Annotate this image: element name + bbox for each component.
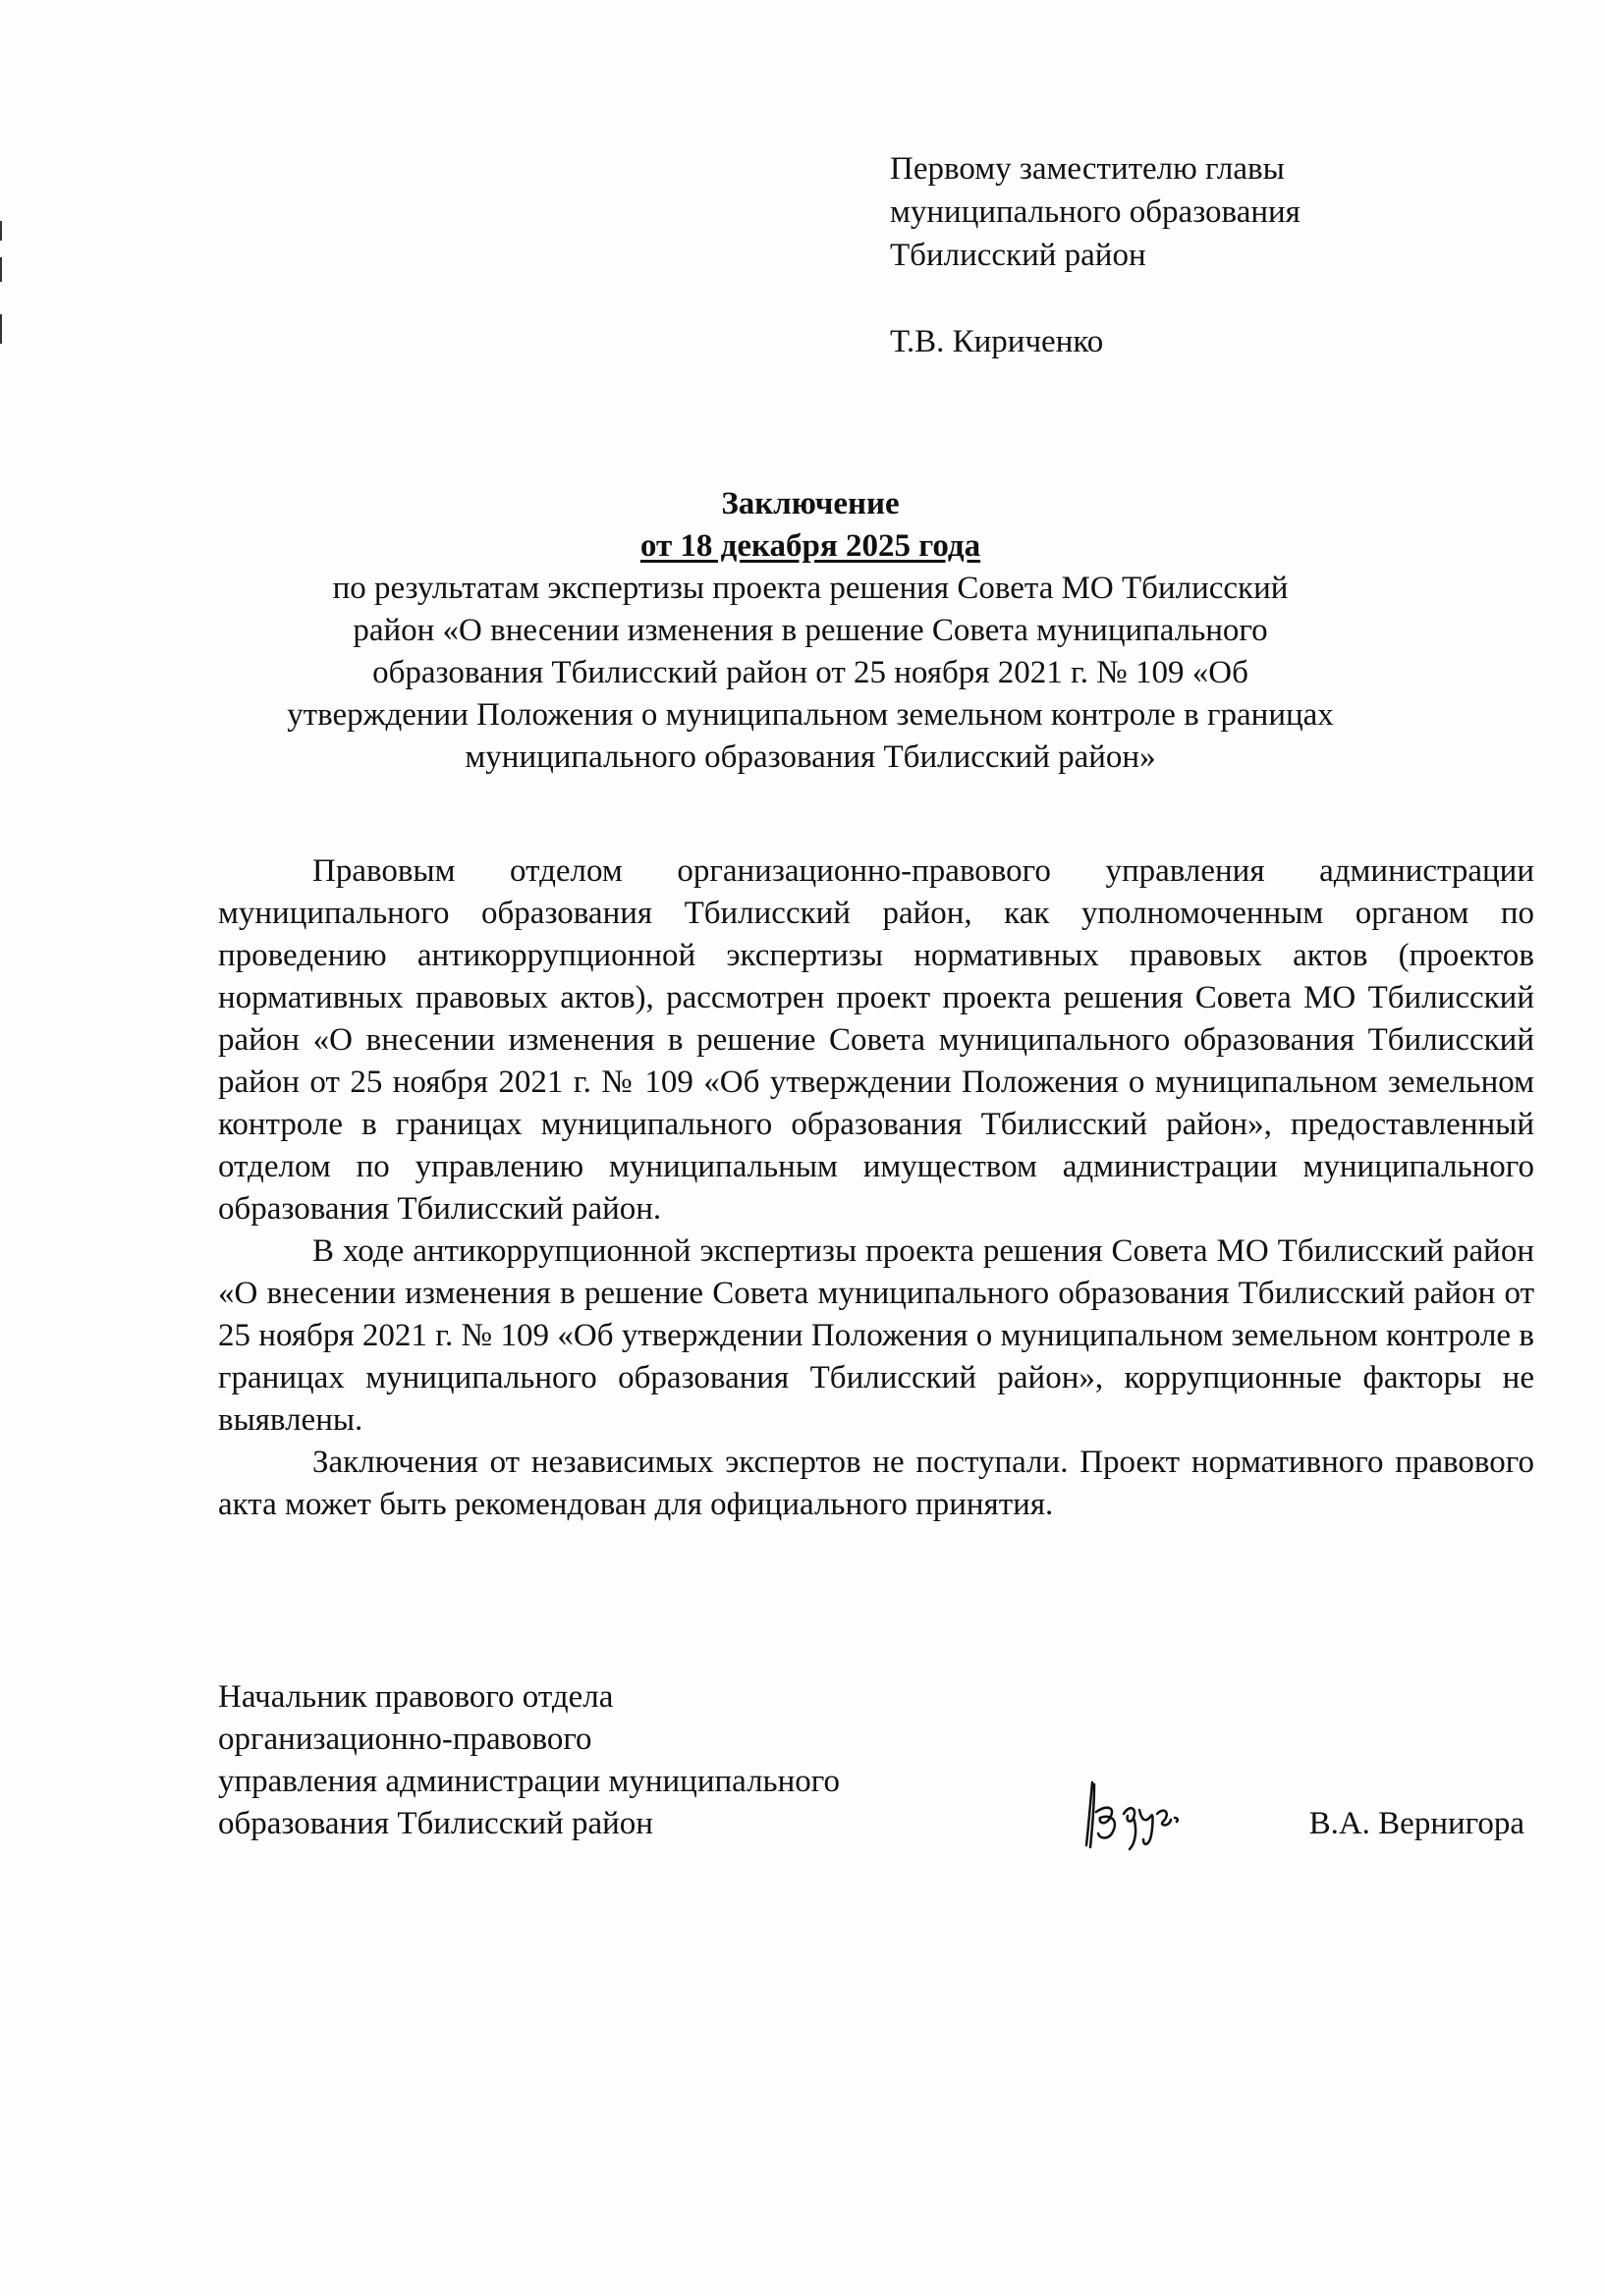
signer-name: В.А. Вернигора xyxy=(1309,1803,1524,1845)
addressee-block: Первому заместителю главы муниципального… xyxy=(890,147,1301,363)
addressee-line: Тбилисский район xyxy=(890,234,1301,277)
scan-edge-mark xyxy=(0,257,2,282)
addressee-name: Т.В. Кириченко xyxy=(890,320,1301,363)
body-paragraph: В ходе антикоррупционной экспертизы прое… xyxy=(218,1230,1534,1442)
signature-block: Начальник правового отдела организационн… xyxy=(218,1676,1534,1845)
addressee-line: Первому заместителю главы xyxy=(890,147,1301,191)
body-paragraph: Правовым отделом организационно-правовог… xyxy=(218,850,1534,1230)
subject-line: образования Тбилисский район от 25 ноябр… xyxy=(255,652,1365,694)
scan-edge-mark xyxy=(0,221,2,241)
subject-line: утверждении Положения о муниципальном зе… xyxy=(255,694,1365,737)
handwritten-signature-icon xyxy=(1080,1775,1228,1853)
subject-line: район «О внесении изменения в решение Со… xyxy=(255,610,1365,652)
body-paragraph: Заключения от независимых экспертов не п… xyxy=(218,1442,1534,1526)
signer-position-line: Начальник правового отдела xyxy=(218,1676,1534,1719)
subject-line: муниципального образования Тбилисский ра… xyxy=(255,737,1365,779)
signer-position-line: организационно-правового xyxy=(218,1719,1534,1761)
addressee-line: муниципального образования xyxy=(890,191,1301,234)
scan-edge-mark xyxy=(0,314,2,344)
document-date: от 18 декабря 2025 года xyxy=(640,528,980,564)
document-heading: Заключение xyxy=(255,483,1365,525)
subject-line: по результатам экспертизы проекта решени… xyxy=(255,568,1365,610)
document-title-block: Заключение от 18 декабря 2025 года по ре… xyxy=(255,483,1365,779)
document-body: Правовым отделом организационно-правовог… xyxy=(218,850,1534,1526)
signer-position-line: управления администрации муниципального xyxy=(218,1761,1534,1803)
